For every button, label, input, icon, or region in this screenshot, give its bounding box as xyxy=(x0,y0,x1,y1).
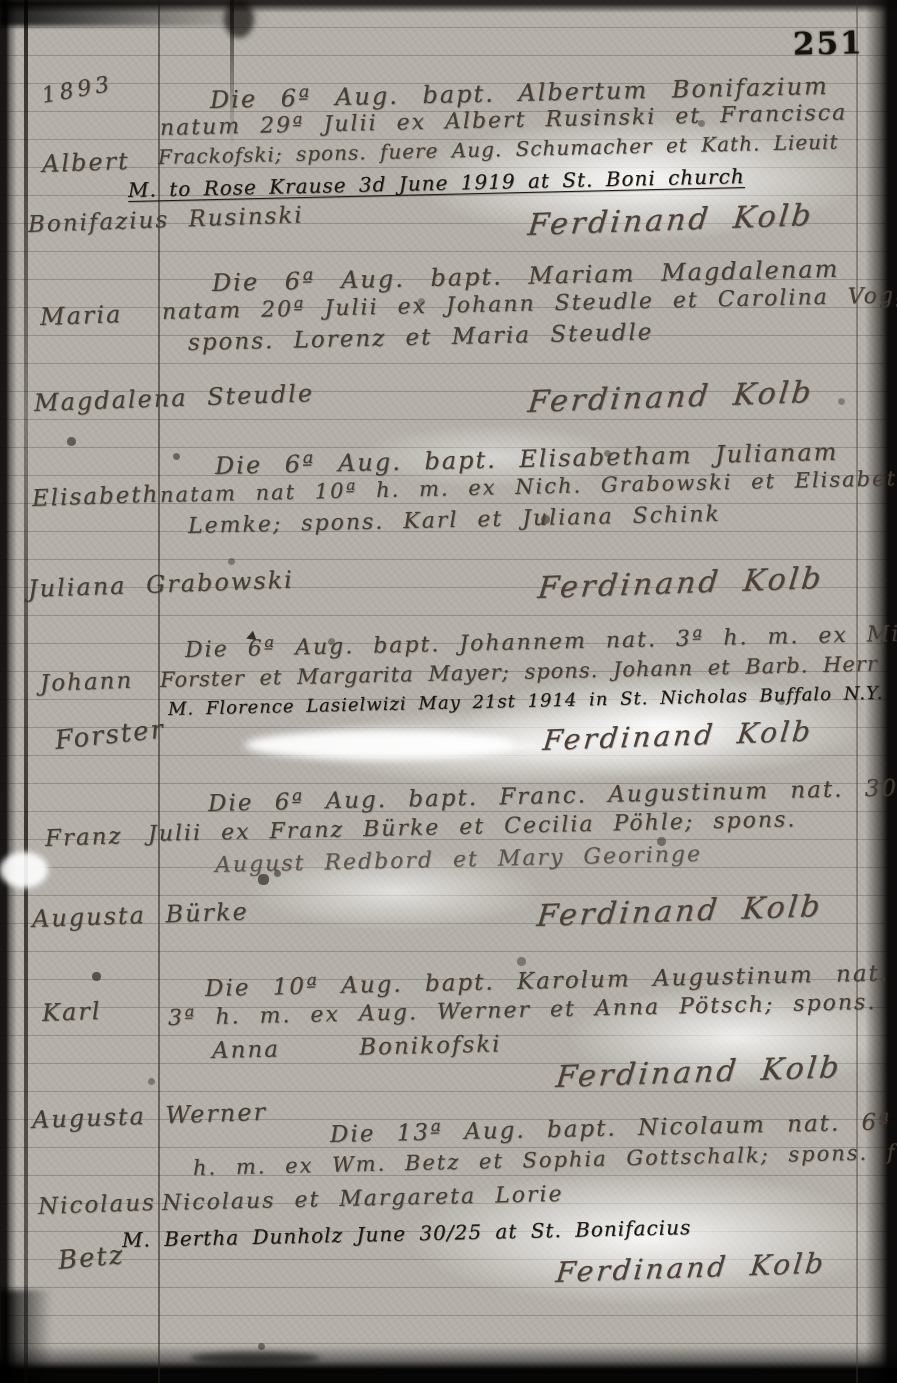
entry-line: August Redbord et Mary Georinge xyxy=(215,842,703,878)
priest-signature: Ferdinand Kolb xyxy=(554,1050,843,1095)
entry-margin-name: Elisabeth xyxy=(32,482,160,512)
entry-margin-name: Johann xyxy=(40,668,134,697)
entry-margin-name: Franz xyxy=(45,823,123,852)
marriage-annotation: M. to Rose Krause 3d June 1919 at St. Bo… xyxy=(128,164,745,202)
binding-rule xyxy=(24,0,28,1383)
entry-margin-name: Maria xyxy=(40,300,123,331)
entry-line: spons. Lorenz et Maria Steudle xyxy=(188,319,654,356)
entry-margin-name: Augusta Werner xyxy=(32,1098,268,1134)
entry-margin-name: Albert xyxy=(42,147,131,178)
entry-line: Anna Bonikofski xyxy=(212,1031,502,1064)
entry-year: 1893 xyxy=(40,72,115,109)
foxing-specks xyxy=(0,0,3,3)
page-number-stamp: 251 xyxy=(793,25,864,62)
priest-signature: Ferdinand Kolb xyxy=(541,714,815,757)
scanned-register-page: 251 1893 Die 6ª Aug. bapt. Albertum Boni… xyxy=(0,0,897,1383)
entry-margin-name: Juliana Grabowski xyxy=(28,566,295,603)
entry-margin-name: Forster xyxy=(53,715,166,756)
entry-margin-name: Augusta Bürke xyxy=(32,897,250,933)
entry-margin-name: Karl xyxy=(42,997,102,1027)
entry-line: h. m. ex Wm. Betz et Sophia Gottschalk; … xyxy=(193,1139,897,1180)
left-edge-white-spot xyxy=(0,852,48,888)
priest-signature: Ferdinand Kolb xyxy=(526,198,815,243)
marriage-annotation: M. Bertha Dunholz June 30/25 at St. Boni… xyxy=(122,1215,692,1252)
bottom-left-scan-shadow xyxy=(0,1290,52,1383)
priest-signature: Ferdinand Kolb xyxy=(536,561,825,606)
priest-signature: Ferdinand Kolb xyxy=(535,889,824,934)
top-center-ink-blot xyxy=(224,0,254,38)
entry-margin-name: Bonifazius Rusinski xyxy=(28,202,304,238)
entry-line: Lemke; spons. Karl et Juliana Schink xyxy=(188,502,721,539)
entry-line: Nicolaus et Margareta Lorie xyxy=(162,1182,564,1216)
entry-margin-name: Magdalena Steudle xyxy=(34,379,315,417)
priest-signature: Ferdinand Kolb xyxy=(554,1246,828,1289)
entry-margin-name: Betz xyxy=(57,1240,126,1276)
whiteout-strip xyxy=(245,730,515,760)
bottom-smear xyxy=(190,1352,320,1364)
priest-signature: Ferdinand Kolb xyxy=(526,375,815,420)
entry-margin-name: Nicolaus xyxy=(38,1190,157,1220)
